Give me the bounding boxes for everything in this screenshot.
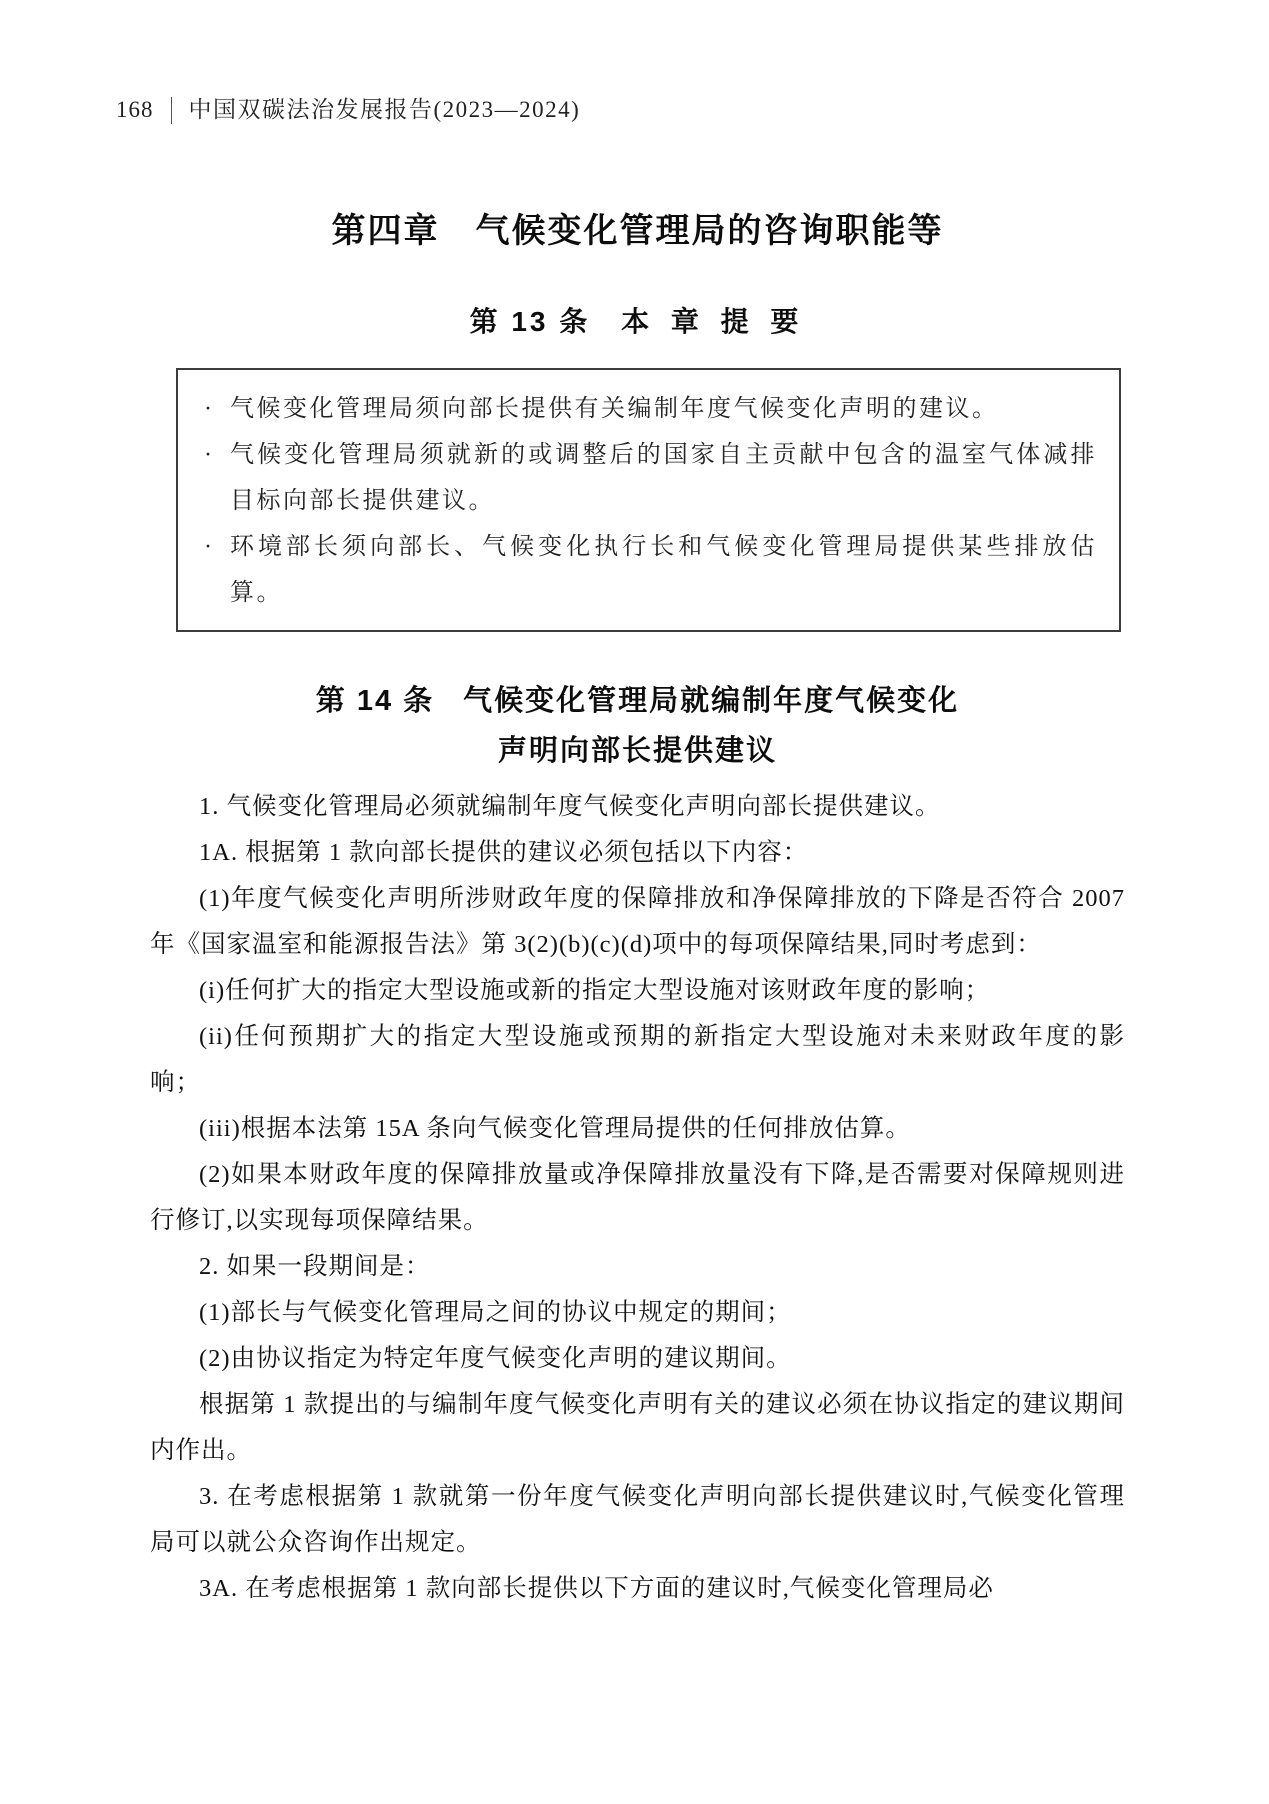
summary-item-text: 气候变化管理局须向部长提供有关编制年度气候变化声明的建议。 — [230, 396, 999, 422]
body-paragraph-1-1: (1)年度气候变化声明所涉财政年度的保障排放和净保障排放的下降是否符合 2007… — [150, 876, 1125, 968]
body-paragraph-1-2: (2)如果本财政年度的保障排放量或净保障排放量没有下降,是否需要对保障规则进行修… — [150, 1152, 1125, 1244]
body-paragraph-3: 3. 在考虑根据第 1 款就第一份年度气候变化声明向部长提供建议时,气候变化管理… — [150, 1474, 1125, 1566]
summary-bullet-item: · 气候变化管理局须向部长提供有关编制年度气候变化声明的建议。 — [200, 386, 1097, 432]
body-paragraph-1a: 1A. 根据第 1 款向部长提供的建议必须包括以下内容： — [150, 830, 1125, 876]
bullet-marker: · — [204, 386, 212, 432]
page-header: 168 中国双碳法治发展报告(2023—2024) — [116, 96, 1125, 124]
article-14-heading-line1: 第 14 条气候变化管理局就编制年度气候变化 — [316, 685, 959, 717]
summary-bullet-item: · 环境部长须向部长、气候变化执行长和气候变化管理局提供某些排放估算。 — [200, 524, 1097, 616]
page-number: 168 — [116, 96, 154, 124]
summary-bullet-list: · 气候变化管理局须向部长提供有关编制年度气候变化声明的建议。 · 气候变化管理… — [200, 386, 1097, 616]
body-paragraph-iii: (iii)根据本法第 15A 条向气候变化管理局提供的任何排放估算。 — [150, 1106, 1125, 1152]
article-13-title: 第 13 条本 章 提 要 — [150, 304, 1125, 340]
body-paragraph-2: 2. 如果一段期间是： — [150, 1244, 1125, 1290]
page-content: 第四章 气候变化管理局的咨询职能等 第 13 条本 章 提 要 · 气候变化管理… — [150, 210, 1125, 1612]
article-14-heading-text: 气候变化管理局就编制年度气候变化 — [463, 685, 959, 717]
summary-item-text: 气候变化管理局须就新的或调整后的国家自主贡献中包含的温室气体减排目标向部长提供建… — [230, 442, 1097, 514]
article-14-heading-line2: 声明向部长提供建议 — [150, 726, 1125, 776]
chapter-summary-box: · 气候变化管理局须向部长提供有关编制年度气候变化声明的建议。 · 气候变化管理… — [176, 368, 1121, 632]
article-13-label: 第 13 条 — [470, 306, 591, 337]
bullet-marker: · — [204, 524, 212, 570]
book-page: 168 中国双碳法治发展报告(2023—2024) 第四章 气候变化管理局的咨询… — [0, 0, 1269, 1804]
article-13-heading: 本 章 提 要 — [621, 306, 805, 337]
summary-bullet-item: · 气候变化管理局须就新的或调整后的国家自主贡献中包含的温室气体减排目标向部长提… — [200, 432, 1097, 524]
body-paragraph-2-tail: 根据第 1 款提出的与编制年度气候变化声明有关的建议必须在协议指定的建议期间内作… — [150, 1382, 1125, 1474]
article-14-title: 第 14 条气候变化管理局就编制年度气候变化 声明向部长提供建议 — [150, 676, 1125, 776]
summary-item-text: 环境部长须向部长、气候变化执行长和气候变化管理局提供某些排放估算。 — [230, 534, 1097, 606]
body-paragraph-1: 1. 气候变化管理局必须就编制年度气候变化声明向部长提供建议。 — [150, 784, 1125, 830]
header-divider-line — [171, 97, 172, 124]
body-paragraph-ii: (ii)任何预期扩大的指定大型设施或预期的新指定大型设施对未来财政年度的影响； — [150, 1014, 1125, 1106]
body-paragraph-2-2: (2)由协议指定为特定年度气候变化声明的建议期间。 — [150, 1336, 1125, 1382]
body-paragraph-2-1: (1)部长与气候变化管理局之间的协议中规定的期间； — [150, 1290, 1125, 1336]
body-paragraph-i: (i)任何扩大的指定大型设施或新的指定大型设施对该财政年度的影响； — [150, 968, 1125, 1014]
article-14-label: 第 14 条 — [316, 685, 434, 717]
chapter-title: 第四章 气候变化管理局的咨询职能等 — [150, 210, 1125, 252]
book-title: 中国双碳法治发展报告(2023—2024) — [189, 96, 581, 124]
body-paragraph-3a: 3A. 在考虑根据第 1 款向部长提供以下方面的建议时,气候变化管理局必 — [150, 1566, 1125, 1612]
bullet-marker: · — [204, 432, 212, 478]
article-body: 1. 气候变化管理局必须就编制年度气候变化声明向部长提供建议。 1A. 根据第 … — [150, 784, 1125, 1612]
